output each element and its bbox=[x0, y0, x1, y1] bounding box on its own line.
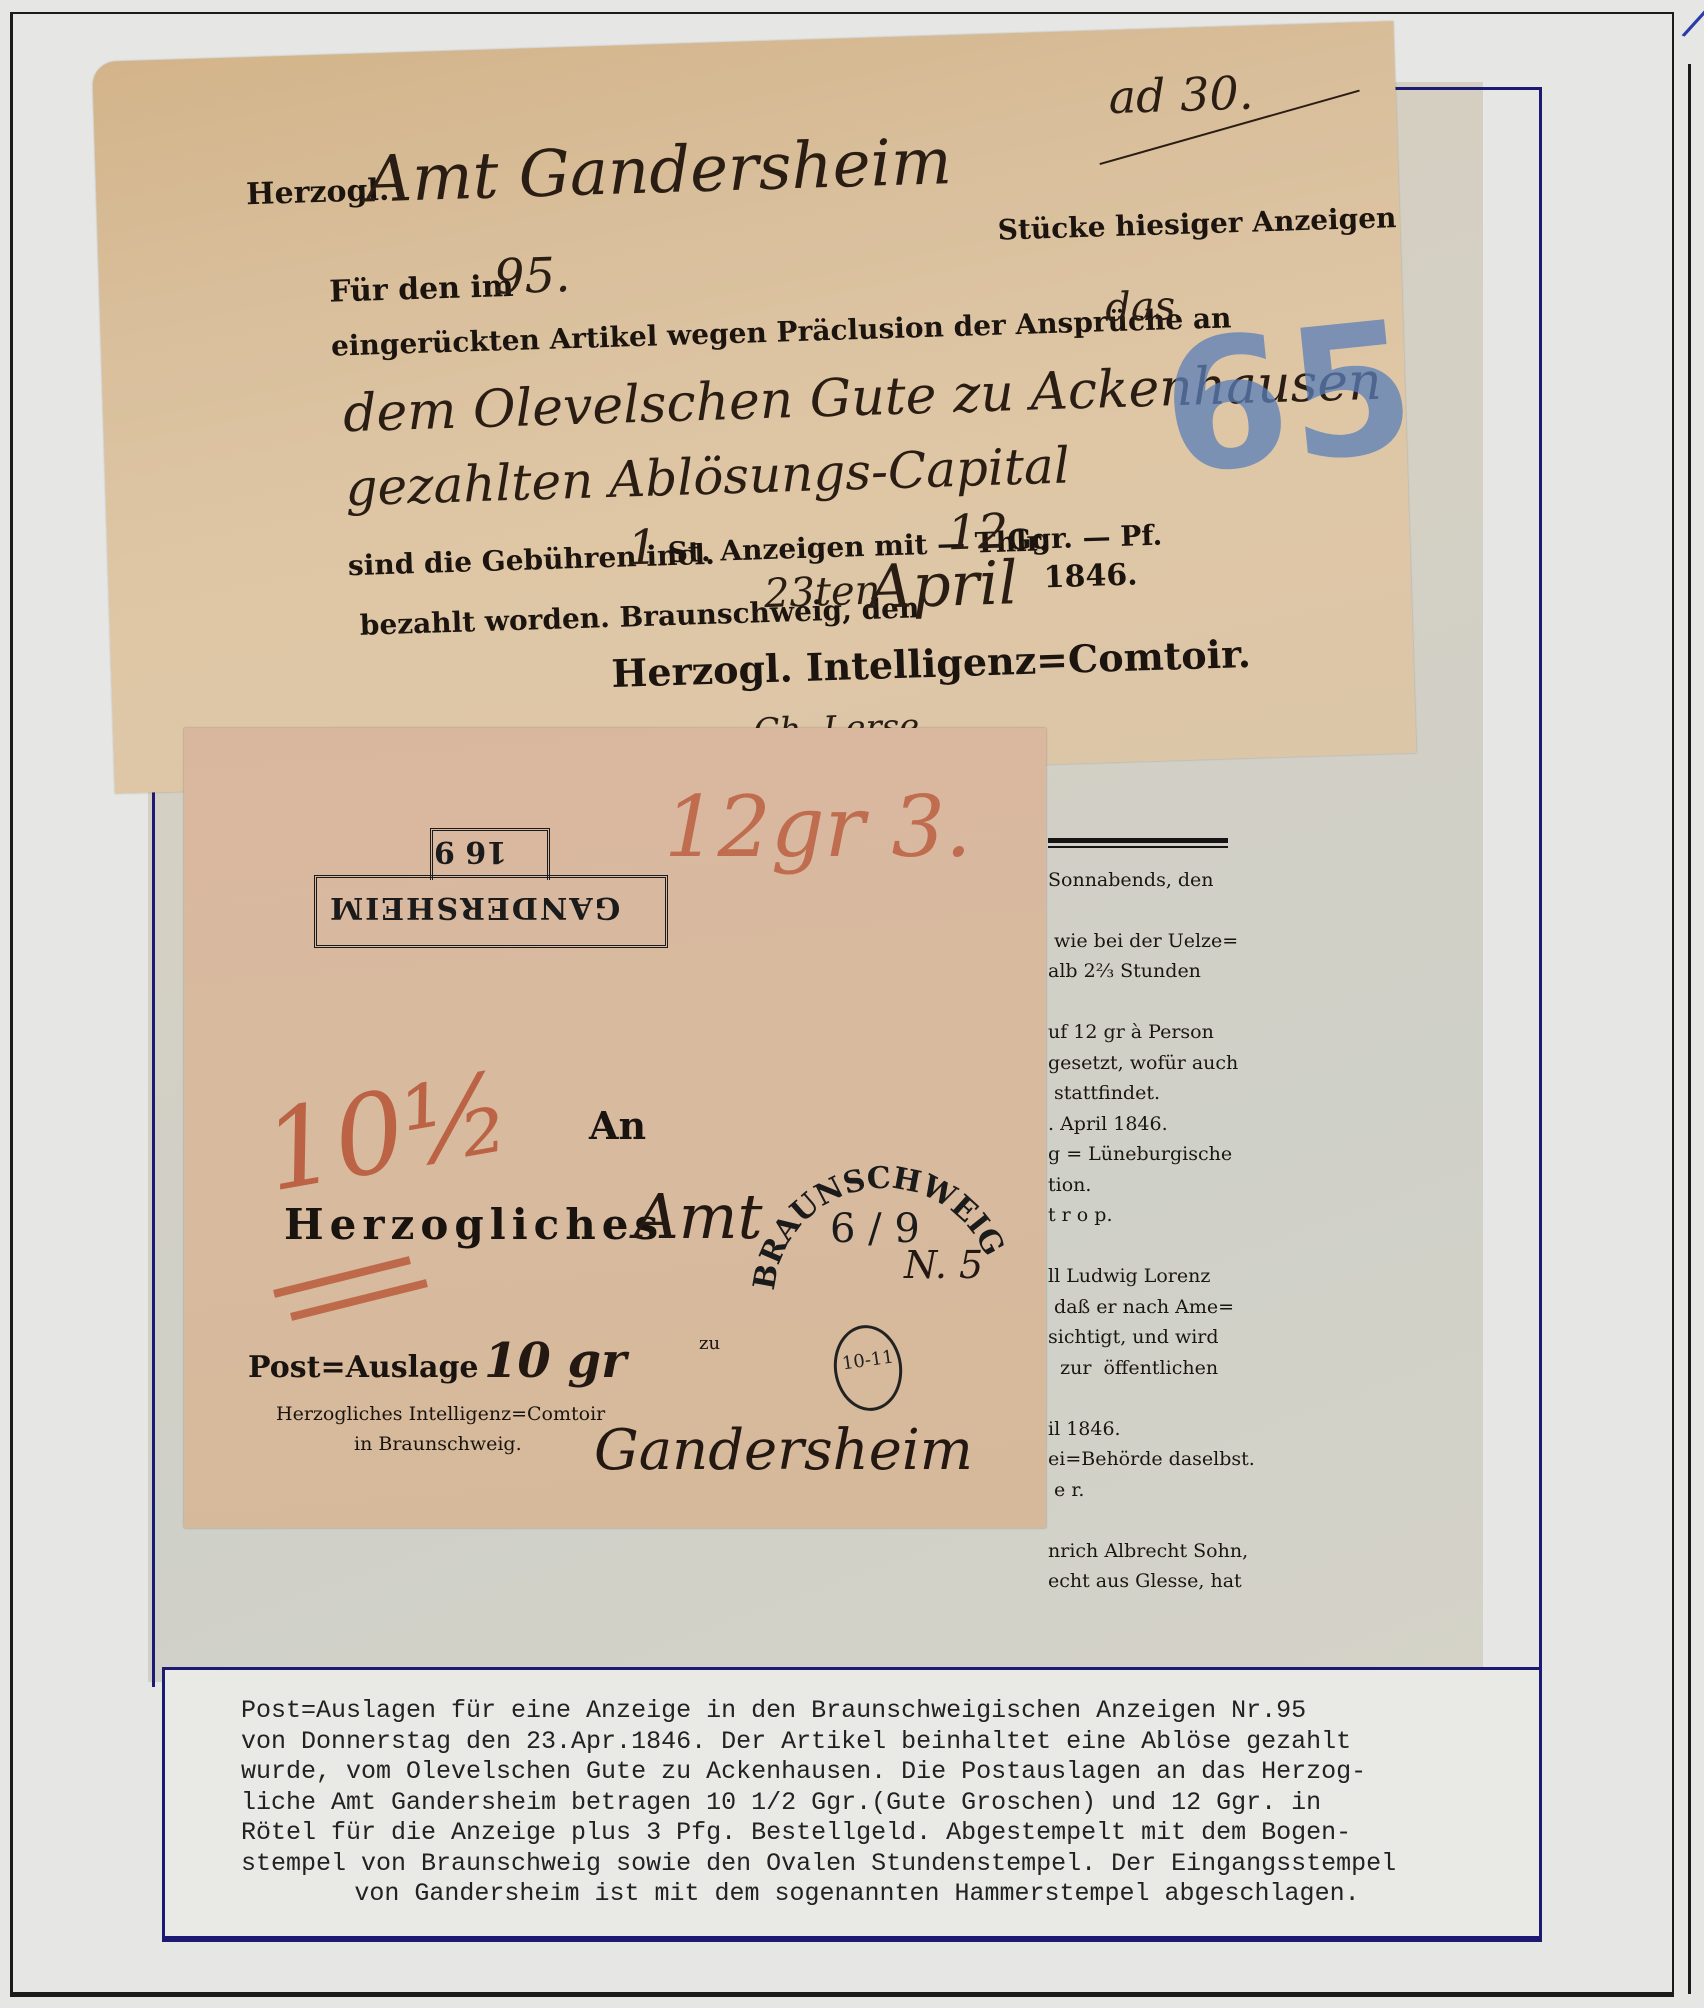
sender-line-1: Herzogliches Intelligenz=Comtoir bbox=[276, 1403, 605, 1425]
address-print: Herzogliches bbox=[284, 1200, 664, 1249]
box-stamp-date: 16 9 bbox=[434, 834, 507, 869]
album-page-right-rule bbox=[1688, 64, 1691, 1994]
corner-pencil-mark: / bbox=[1679, 0, 1704, 47]
post-auslage-label: Post=Auslage bbox=[248, 1350, 479, 1385]
caption-box: Post=Auslagen für eine Anzeige in den Br… bbox=[162, 1667, 1542, 1942]
caption-text: Post=Auslagen für eine Anzeige in den Br… bbox=[241, 1696, 1473, 1910]
newspaper-text-column: Sonnabends, den wie bei der Uelze= alb 2… bbox=[1048, 834, 1248, 1597]
receipt-issue-number: 95. bbox=[493, 247, 571, 305]
address-zu: zu bbox=[699, 1333, 720, 1354]
destination-hand: Gandersheim bbox=[594, 1418, 973, 1483]
receipt-line1-a: Für den im bbox=[329, 269, 514, 310]
caption-line: Post=Auslagen für eine Anzeige in den Br… bbox=[241, 1696, 1473, 1727]
caption-line: von Gandersheim ist mit dem sogenannten … bbox=[241, 1879, 1473, 1910]
receipt-line5-a: sind die Gebühren incl. bbox=[347, 538, 715, 583]
receipt-date-month: April bbox=[868, 548, 1019, 623]
box-stamp-city: GANDERSHEIM bbox=[328, 890, 620, 925]
postal-cover: 16 9 GANDERSHEIM 12gr 3. 10½ An Herzogli… bbox=[184, 728, 1046, 1528]
caption-line: Rötel für die Anzeige plus 3 Pfg. Bestel… bbox=[241, 1818, 1473, 1849]
receipt-line1-b: Stücke hiesiger Anzeigen bbox=[997, 201, 1397, 247]
red-postage-top: 12gr 3. bbox=[664, 778, 972, 876]
oval-hour-stamp: 10-11 bbox=[828, 1321, 907, 1416]
receipt-issuer: Herzogl. Intelligenz=Comtoir. bbox=[611, 631, 1252, 696]
caption-line: stempel von Braunschweig sowie den Ovale… bbox=[241, 1849, 1473, 1880]
number-note: N. 5 bbox=[904, 1243, 983, 1287]
red-postage-left: 10½ bbox=[255, 1048, 520, 1217]
receipt-line5-count: 1 bbox=[627, 519, 659, 576]
sender-line-2: in Braunschweig. bbox=[354, 1433, 522, 1455]
receipt-line5-c: Ggr. — Pf. bbox=[1007, 519, 1163, 557]
receipt-date-year: 1846. bbox=[1043, 557, 1138, 595]
post-auslage-amount: 10 gr bbox=[484, 1333, 626, 1389]
receipt-document: ad 30. Herzogl. Amt Gandersheim Stücke h… bbox=[92, 21, 1416, 794]
receipt-line2: eingerückten Artikel wegen Präclusion de… bbox=[331, 301, 1232, 362]
blue-crayon-number: 65 bbox=[1153, 282, 1423, 515]
caption-line: von Donnerstag den 23.Apr.1846. Der Arti… bbox=[241, 1727, 1473, 1758]
address-an: An bbox=[589, 1103, 646, 1148]
braunschweig-arc-stamp: BRAUNSCHWEIG 6 / 9 bbox=[744, 1108, 1014, 1328]
receipt-addressee: Amt Gandersheim bbox=[365, 125, 953, 217]
gandersheim-box-stamp: 16 9 GANDERSHEIM bbox=[314, 828, 668, 948]
caption-line: wurde, vom Olevelschen Gute zu Ackenhaus… bbox=[241, 1757, 1473, 1788]
caption-line: liche Amt Gandersheim betragen 10 1/2 Gg… bbox=[241, 1788, 1473, 1819]
receipt-ref-note: ad 30. bbox=[1108, 66, 1254, 125]
receipt-date-day: 23ten bbox=[763, 568, 881, 618]
